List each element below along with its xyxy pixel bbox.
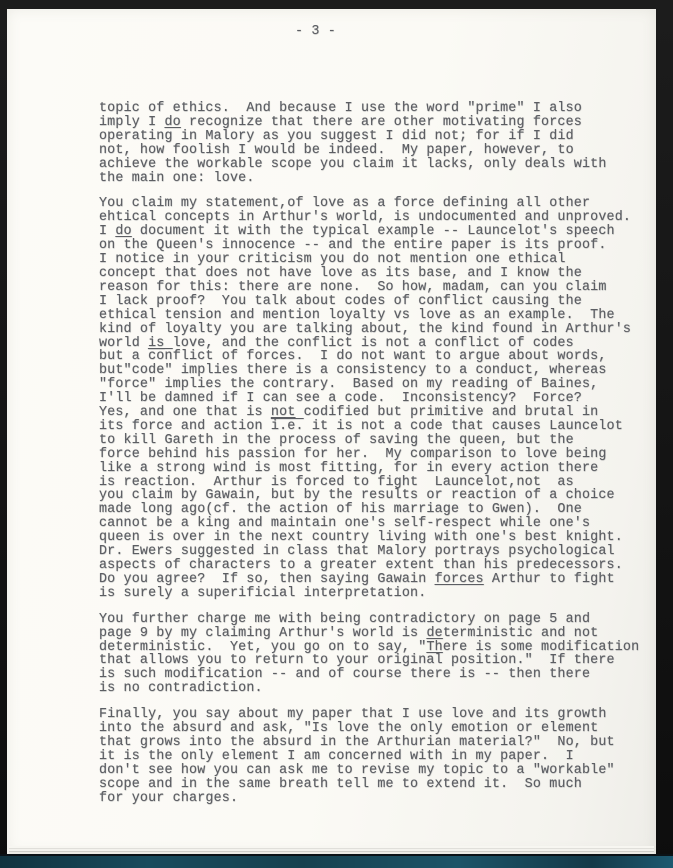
typed-line: You further charge me with being contrad… [99,613,626,627]
typed-line: aspects of characters to a greater exten… [99,559,626,573]
scan-frame: - 3 - topic of ethics. And because I use… [0,0,673,868]
typed-line: You claim my statement,of love as a forc… [99,197,626,211]
typed-line: is no contradiction. [99,682,626,696]
typed-line: operating in Malory as you suggest I did… [99,130,626,144]
typed-line: like a strong wind is most fitting, for … [99,462,626,476]
typed-line: concept that does not have love as its b… [99,267,626,281]
typed-line: is such modification -- and of course th… [99,668,626,682]
typed-line: don't see how you can ask me to revise m… [99,764,626,778]
typed-line: not, how foolish I would be indeed. My p… [99,144,626,158]
typed-line: but"code" implies there is a consistency… [99,364,626,378]
typed-line: ethical tension and mention loyalty vs l… [99,309,626,323]
typed-line: that allows you to return to your origin… [99,654,626,668]
paragraph: You further charge me with being contrad… [99,613,626,696]
typed-line: to kill Gareth in the process of saving … [99,434,626,448]
page-number: - 3 - [7,25,656,39]
typed-line: I lack proof? You talk about codes of co… [99,295,626,309]
typed-line: for your charges. [99,792,626,806]
typed-line: into the absurd and ask, "Is love the on… [99,722,626,736]
typed-line: is reaction. Arthur is forced to fight L… [99,476,626,490]
typed-line: cannot be a king and maintain one's self… [99,517,626,531]
typed-line: Finally, you say about my paper that I u… [99,708,626,722]
typed-line: scope and in the same breath tell me to … [99,778,626,792]
typed-line: I'll be damned if I can see a code. Inco… [99,392,626,406]
typed-line: Yes, and one that is not codified but pr… [99,406,626,420]
typed-line: queen is over in the next country living… [99,531,626,545]
page-edge-shadow [9,846,654,854]
typed-line: it is the only element I am concerned wi… [99,750,626,764]
paragraph: Finally, you say about my paper that I u… [99,708,626,805]
typed-line: but a conflict of forces. I do not want … [99,350,626,364]
typed-line: page 9 by my claiming Arthur's world is … [99,627,626,641]
typed-line: deterministic. Yet, you go on to say, "T… [99,641,626,655]
typed-line: is surely a superificial interpretation. [99,587,626,601]
typed-line: on the Queen's innocence -- and the enti… [99,239,626,253]
typed-text-block: topic of ethics. And because I use the w… [7,102,656,806]
bottom-scan-band [0,854,673,868]
document-page: - 3 - topic of ethics. And because I use… [7,9,656,854]
paragraph: topic of ethics. And because I use the w… [99,102,626,185]
typed-line: I notice in your criticism you do not me… [99,253,626,267]
typed-line: achieve the workable scope you claim it … [99,158,626,172]
paragraph: You claim my statement,of love as a forc… [99,197,626,600]
typed-line: reason for this: there are none. So how,… [99,281,626,295]
typed-line: ehtical concepts in Arthur's world, is u… [99,211,626,225]
typed-line: "force" implies the contrary. Based on m… [99,378,626,392]
typed-line: you claim by Gawain, but by the results … [99,489,626,503]
typed-line: Do you agree? If so, then saying Gawain … [99,573,626,587]
typed-line: that grows into the absurd in the Arthur… [99,736,626,750]
typed-line: imply I do recognize that there are othe… [99,116,626,130]
typed-line: made long ago(cf. the action of his marr… [99,503,626,517]
typed-line: Dr. Ewers suggested in class that Malory… [99,545,626,559]
typed-line: kind of loyalty you are talking about, t… [99,323,626,337]
typed-line: force behind his passion for her. My com… [99,448,626,462]
typed-line: topic of ethics. And because I use the w… [99,102,626,116]
typed-line: the main one: love. [99,172,626,186]
typed-line: I do document it with the typical exampl… [99,225,626,239]
typed-line: its force and action i.e. it is not a co… [99,420,626,434]
